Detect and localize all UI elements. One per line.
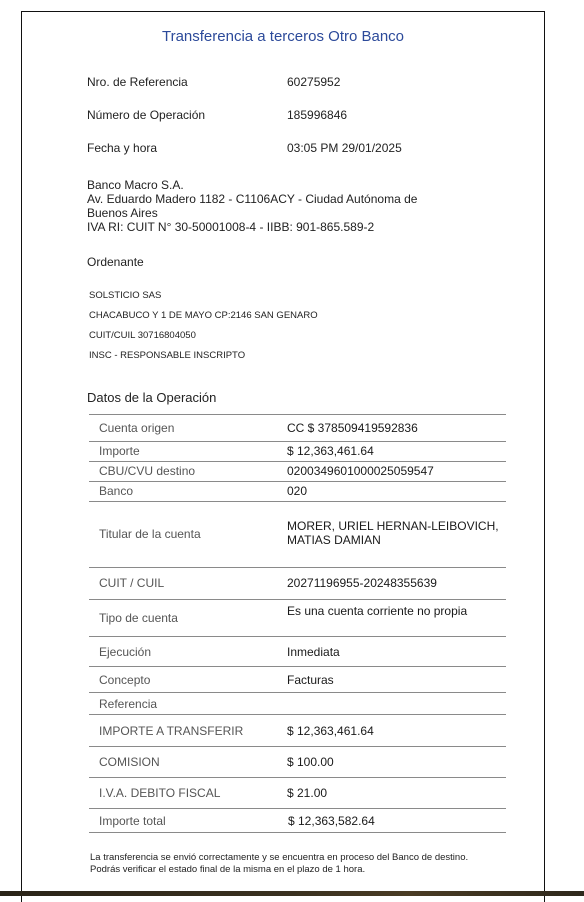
row-label: Titular de la cuenta <box>99 527 201 541</box>
bank-tax-info: IVA RI: CUIT N° 30-50001008-4 - IIBB: 90… <box>87 220 447 234</box>
status-note: La transferencia se envió correctamente … <box>90 852 468 876</box>
row-label: Importe <box>99 444 140 458</box>
row-divider <box>89 414 506 415</box>
row-value: $ 12,363,461.64 <box>287 444 374 458</box>
status-note-line1: La transferencia se envió correctamente … <box>90 852 468 864</box>
receipt-title: Transferencia a terceros Otro Banco <box>22 28 544 45</box>
row-divider <box>89 599 506 600</box>
row-label: I.V.A. DEBITO FISCAL <box>99 786 220 800</box>
ordenante-label: Ordenante <box>87 255 144 269</box>
bank-info: Banco Macro S.A. Av. Eduardo Madero 1182… <box>87 178 447 234</box>
row-value: $ 100.00 <box>287 755 334 769</box>
operation-section-title: Datos de la Operación <box>87 390 216 405</box>
row-label: Importe total <box>99 814 166 828</box>
row-label: COMISION <box>99 755 160 769</box>
field-value: 60275952 <box>287 75 340 89</box>
status-note-line2: Podrás verificar el estado final de la m… <box>90 864 468 876</box>
row-value: $ 12,363,582.64 <box>288 814 375 828</box>
ordenante-name: SOLSTICIO SAS <box>89 290 161 301</box>
row-divider <box>89 636 506 637</box>
row-divider <box>89 461 506 462</box>
row-divider <box>89 501 506 502</box>
field-value: 185996846 <box>287 108 347 122</box>
field-label: Número de Operación <box>87 108 205 122</box>
row-divider <box>89 692 506 693</box>
row-value: $ 21.00 <box>287 786 327 800</box>
bank-address-line1: Av. Eduardo Madero 1182 - C1106ACY - Ciu… <box>87 192 447 206</box>
ordenante-address: CHACABUCO Y 1 DE MAYO CP:2146 SAN GENARO <box>89 310 318 321</box>
row-label: CUIT / CUIL <box>99 576 164 590</box>
ordenante-cuit: CUIT/CUIL 30716804050 <box>89 330 196 341</box>
row-divider <box>89 714 506 715</box>
field-value: 03:05 PM 29/01/2025 <box>287 141 402 155</box>
row-label: Ejecución <box>99 645 151 659</box>
receipt-page: Transferencia a terceros Otro Banco Nro.… <box>21 11 545 896</box>
row-label: Referencia <box>99 697 157 711</box>
row-label: Cuenta origen <box>99 421 174 435</box>
bank-name: Banco Macro S.A. <box>87 178 447 192</box>
field-label: Fecha y hora <box>87 141 157 155</box>
row-value: Facturas <box>287 673 334 687</box>
field-label: Nro. de Referencia <box>87 75 188 89</box>
row-value: CC $ 378509419592836 <box>287 421 418 435</box>
row-divider <box>89 441 506 442</box>
row-value: Inmediata <box>287 645 340 659</box>
row-divider <box>89 666 506 667</box>
row-value: 0200349601000025059547 <box>287 464 434 478</box>
row-label: Tipo de cuenta <box>99 611 178 625</box>
row-label: Concepto <box>99 673 150 687</box>
bottom-bar <box>0 891 584 896</box>
row-divider <box>89 746 506 747</box>
row-divider <box>89 777 506 778</box>
row-value: MORER, URIEL HERNAN-LEIBOVICH, <box>287 519 499 533</box>
row-label: Banco <box>99 484 133 498</box>
row-value: $ 12,363,461.64 <box>287 724 374 738</box>
row-label: IMPORTE A TRANSFERIR <box>99 724 243 738</box>
row-value-line2: MATIAS DAMIAN <box>287 533 381 547</box>
row-divider <box>89 808 506 809</box>
row-divider <box>89 832 506 833</box>
ordenante-tax-status: INSC - RESPONSABLE INSCRIPTO <box>89 350 245 361</box>
bank-address-line2: Buenos Aires <box>87 206 447 220</box>
row-value: 20271196955-20248355639 <box>287 576 437 590</box>
row-label: CBU/CVU destino <box>99 464 195 478</box>
row-value: Es una cuenta corriente no propia <box>287 604 467 618</box>
row-divider <box>89 481 506 482</box>
row-divider <box>89 567 506 568</box>
row-value: 020 <box>287 484 307 498</box>
